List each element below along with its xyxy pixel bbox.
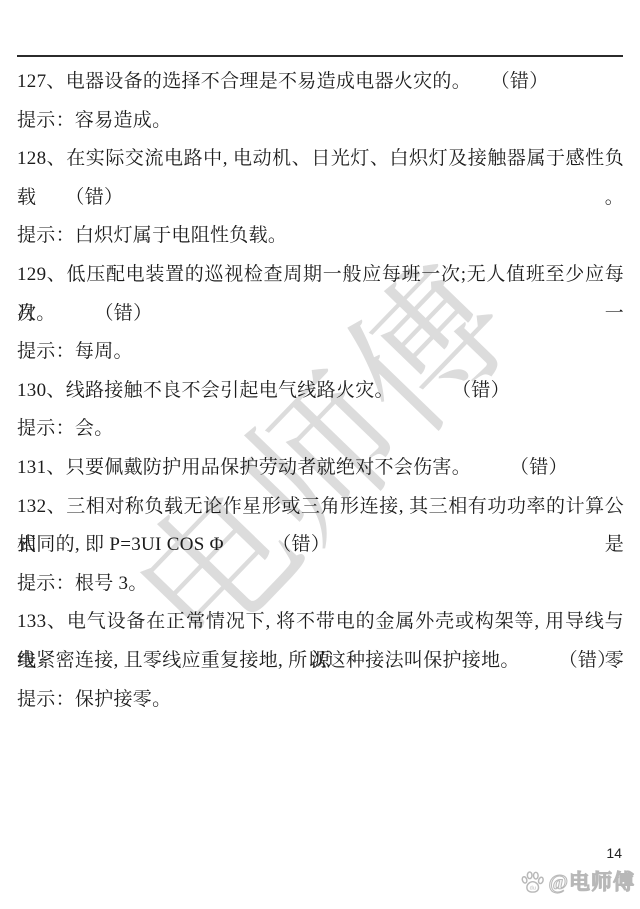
text-line: 提示：会。 — [17, 410, 624, 449]
text-line: 提示：每周。 — [17, 333, 624, 372]
text-line: 提示：根号 3。 — [17, 565, 624, 604]
text-line: 130、线路接触不良不会引起电气线路火灾。 （错） — [17, 372, 624, 411]
text-line: 提示：容易造成。 — [17, 102, 624, 141]
text-line: 127、电器设备的选择不合理是不易造成电器火灾的。 （错） — [17, 63, 624, 102]
baidu-paw-icon: du — [520, 870, 545, 895]
document-page: { "page": { "number": "14", "diagonal_wa… — [0, 0, 640, 909]
text-line: 133、电气设备在正常情况下, 将不带电的金属外壳或构架等, 用导线与电源零 — [17, 603, 624, 642]
footer-watermark-text: @电师傅 — [548, 869, 635, 895]
footer-watermark: du @电师傅 — [520, 869, 635, 895]
text-line: 129、低压配电装置的巡视检查周期一般应每班一次;无人值班至少应每月一 — [17, 256, 624, 295]
question-list: 127、电器设备的选择不合理是不易造成电器火灾的。 （错）提示：容易造成。128… — [17, 63, 624, 719]
text-line: 128、在实际交流电路中, 电动机、日光灯、白炽灯及接触器属于感性负载。 — [17, 140, 624, 179]
page-number: 14 — [606, 845, 622, 861]
text-line: 提示：保护接零。 — [17, 681, 624, 720]
svg-text:du: du — [530, 885, 536, 891]
top-rule — [17, 55, 623, 57]
text-line: 线紧密连接, 且零线应重复接地, 所以这种接法叫保护接地。 （错） — [17, 642, 624, 681]
text-line: 132、三相对称负载无论作星形或三角形连接, 其三相有功功率的计算公式是 — [17, 488, 624, 527]
text-line: 提示：白炽灯属于电阻性负载。 — [17, 217, 624, 256]
text-line: 131、只要佩戴防护用品保护劳动者就绝对不会伤害。 （错） — [17, 449, 624, 488]
